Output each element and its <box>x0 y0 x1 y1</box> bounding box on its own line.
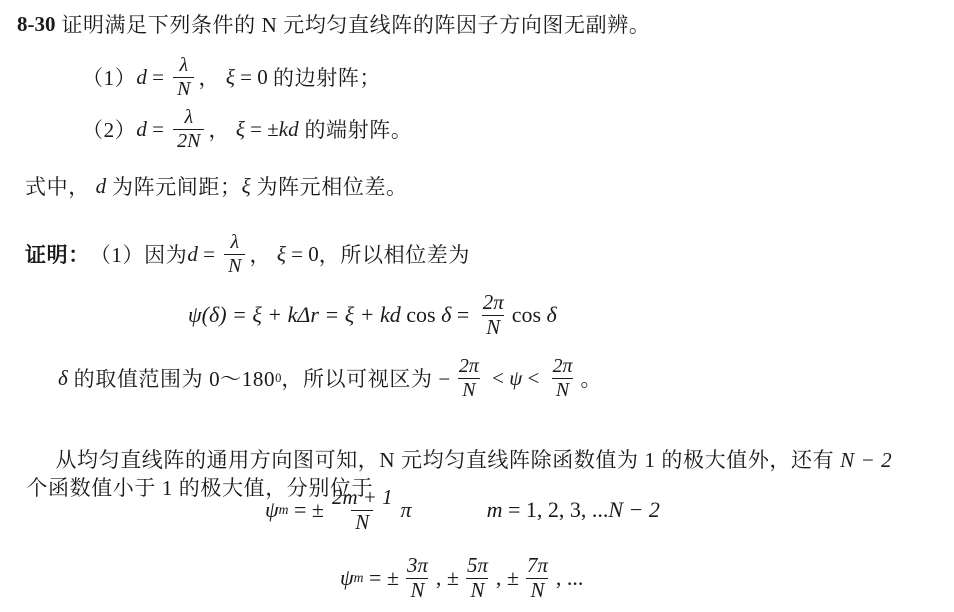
problem-statement: 证明满足下列条件的 N 元均匀直线阵的阵因子方向图无副辨。 <box>56 9 651 39</box>
ellipsis: , ... <box>556 565 584 591</box>
note-mid: 为阵元间距； <box>106 171 241 201</box>
equals-plus-minus: = ± <box>289 497 324 523</box>
fraction-numerator: 2π <box>549 356 577 378</box>
equation-maxima-general: ψm = ± 2m + 1 N π m = 1, 2, 3, ...N − 2 <box>265 480 660 540</box>
item1-equals: = <box>147 65 169 90</box>
eq-m1-fraction: 2m + 1 N <box>328 487 397 534</box>
proof-label: 证明： <box>25 239 90 269</box>
fraction-numerator: 5π <box>463 555 492 578</box>
fraction-denominator: N <box>526 578 548 602</box>
range-fraction-right: 2π N <box>549 356 577 401</box>
eq-psi-fraction: 2π N <box>479 292 508 339</box>
item2-kd: kd <box>279 117 299 142</box>
visible-region-line: δ 的取值范围为 0～180 0 ，所以可视区为 − 2π N < ψ < 2π… <box>58 348 602 408</box>
para1-n-minus-2: N − 2 <box>840 448 892 472</box>
fraction-numerator: 2m + 1 <box>328 487 397 510</box>
comma-plus-minus: , ± <box>496 565 519 591</box>
condition-n-minus-2: N − 2 <box>608 497 660 522</box>
proof-heading-line: 证明： （1）因为 d = λ N ， ξ = 0 ，所以相位差为 <box>25 224 470 284</box>
comma-plus-minus: , ± <box>436 565 459 591</box>
equation-maxima-values: ψm = ± 3π N , ± 5π N , ± 7π N , ... <box>340 548 583 608</box>
eq-m2-fraction-1: 3π N <box>403 555 432 602</box>
fraction-numerator: λ <box>175 55 192 77</box>
fraction-numerator: 7π <box>523 555 552 578</box>
note-tail: 为阵元相位差。 <box>251 171 408 201</box>
proof-xi-value: = 0 <box>286 242 319 267</box>
eq-psi-equals: = <box>451 302 474 328</box>
range-end: 。 <box>581 363 603 393</box>
condition-2: （2） d = λ 2N ， ξ = ± kd 的端射阵。 <box>82 96 412 162</box>
symbols-note: 式中， d 为阵元间距； ξ 为阵元相位差。 <box>25 172 408 200</box>
delta-symbol: δ <box>547 302 557 328</box>
item2-comma: ， <box>208 114 235 144</box>
proof-fraction: λ N <box>224 232 245 277</box>
item1-tail: 的边射阵； <box>273 62 381 92</box>
fraction-numerator: 2π <box>455 356 483 378</box>
fraction-denominator: N <box>458 378 479 401</box>
less-than: < <box>487 366 509 391</box>
equals-plus-minus: = ± <box>364 565 399 591</box>
proof-comma: ， <box>249 239 276 269</box>
item1-value: = 0 <box>235 65 273 90</box>
item1-comma: ， <box>198 62 225 92</box>
item1-var-xi: ξ <box>226 65 235 90</box>
fraction-denominator: N <box>482 315 504 339</box>
note-var-xi: ξ <box>242 174 251 199</box>
fraction-denominator: 2N <box>173 129 204 152</box>
fraction-numerator: 3π <box>403 555 432 578</box>
item2-fraction: λ 2N <box>173 107 204 152</box>
fraction-numerator: 2π <box>479 292 508 315</box>
proof-equals: = <box>198 242 220 267</box>
note-var-d: d <box>96 174 107 199</box>
fraction-denominator: N <box>552 378 573 401</box>
range-mid: ，所以可视区为 − <box>281 363 451 393</box>
cos-operator: cos <box>512 302 547 328</box>
item2-var-d: d <box>136 117 147 142</box>
fraction-denominator: N <box>466 578 488 602</box>
psi-symbol: ψ <box>340 565 354 591</box>
item1-var-d: d <box>136 65 147 90</box>
range-fraction-left: 2π N <box>455 356 483 401</box>
condition-var-m: m <box>487 497 503 522</box>
item1-fraction: λ N <box>173 55 194 100</box>
fraction-denominator: N <box>351 510 373 534</box>
item2-equals: = <box>147 117 169 142</box>
pi-symbol: π <box>401 497 412 523</box>
document-page: 8-30 证明满足下列条件的 N 元均匀直线阵的阵因子方向图无副辨。 （1） d… <box>0 0 954 612</box>
item2-var-xi: ξ <box>236 117 245 142</box>
problem-number: 8-30 <box>17 12 56 37</box>
note-pre: 式中， <box>25 171 96 201</box>
eq-m2-fraction-2: 5π N <box>463 555 492 602</box>
eq-m2-fraction-3: 7π N <box>523 555 552 602</box>
delta-symbol: δ <box>441 302 451 328</box>
cos-operator: cos <box>406 302 441 328</box>
equation-phase-difference: ψ(δ) = ξ + kΔr = ξ + kd cos δ = 2π N cos… <box>188 285 557 345</box>
fraction-numerator: λ <box>180 107 197 129</box>
delta-symbol: δ <box>58 366 68 391</box>
psi-symbol: ψ <box>509 366 522 391</box>
item2-label: （2） <box>82 114 136 144</box>
range-pre: 的取值范围为 0～180 <box>68 363 275 393</box>
proof-var-xi: ξ <box>277 242 286 267</box>
problem-title: 8-30 证明满足下列条件的 N 元均匀直线阵的阵因子方向图无副辨。 <box>17 9 650 39</box>
eq-psi-lhs: ψ(δ) = ξ + kΔr = ξ + kd <box>188 302 406 328</box>
item2-value: = ± <box>245 117 279 142</box>
psi-symbol: ψ <box>265 497 279 523</box>
fraction-numerator: λ <box>226 232 243 254</box>
item1-label: （1） <box>82 62 136 92</box>
fraction-denominator: N <box>406 578 428 602</box>
condition-values: = 1, 2, 3, ... <box>502 497 608 522</box>
less-than: < <box>522 366 544 391</box>
proof-pre: （1）因为 <box>90 239 188 269</box>
fraction-denominator: N <box>224 254 245 277</box>
proof-tail: ，所以相位差为 <box>319 239 470 269</box>
proof-var-d: d <box>187 242 198 267</box>
item2-tail: 的端射阵。 <box>299 114 413 144</box>
